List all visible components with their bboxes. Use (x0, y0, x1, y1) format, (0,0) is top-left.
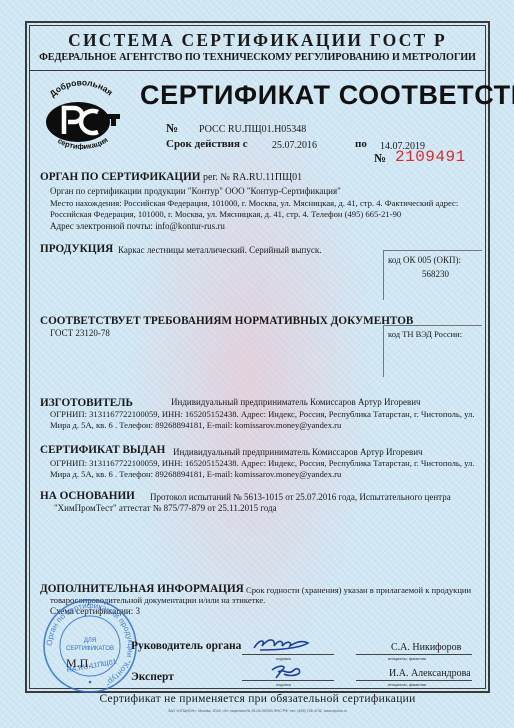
seal-stamp-icon: Орган по сертификации продукции "Контур"… (42, 598, 138, 694)
additional-info-heading: ДОПОЛНИТЕЛЬНАЯ ИНФОРМАЦИЯ (40, 583, 244, 595)
svg-text:СЕРТИФИКАТОВ: СЕРТИФИКАТОВ (66, 646, 114, 652)
system-title: СИСТЕМА СЕРТИФИКАЦИИ ГОСТ Р (29, 30, 486, 51)
certificate-title: СЕРТИФИКАТ СООТВЕТСТВИЯ (140, 80, 514, 111)
okp-code-label: код ОК 005 (ОКП): (388, 255, 461, 265)
head-name-caption: инициалы, фамилия (388, 656, 426, 661)
certification-body-heading: ОРГАН ПО СЕРТИФИКАЦИИ (40, 171, 201, 183)
expert-label: Эксперт (131, 671, 174, 683)
manufacturer-name: Индивидуальный предприниматель Комиссаро… (171, 397, 421, 408)
expert-name-caption: инициалы, фамилия (388, 682, 426, 687)
header-divider (29, 70, 486, 71)
additional-info-line-1: Срок годности (хранения) указан в прилаг… (246, 585, 471, 596)
issued-to-details-1: ОГРНИП: 3131167722100059, ИНН: 165205152… (50, 458, 474, 469)
blank-number-sign: № (374, 151, 386, 166)
manufacturer-details-2: Мира д. 5А, кв. 6 . Телефон: 89268894181… (50, 420, 341, 431)
validity-label: Срок действия с (166, 138, 248, 150)
manufacturer-details-1: ОГРНИП: 3131167722100059, ИНН: 165205152… (50, 409, 474, 420)
certification-body-name: Орган по сертификации продукции "Контур"… (50, 186, 341, 197)
issued-to-details-2: Мира д. 5А, кв. 6 . Телефон: 89268894181… (50, 469, 341, 480)
stamp-place-label: М.П. (66, 656, 91, 671)
blank-serial-number: 2109491 (395, 148, 466, 166)
svg-text:Орган по сертификации продукци: Орган по сертификации продукции "Контур" (45, 601, 135, 688)
certification-body-address-2: Российская Федерация, 101000, г. Москва,… (50, 209, 401, 220)
okp-code-value: 568230 (422, 269, 449, 279)
expert-name: И.А. Александрова (389, 668, 471, 679)
certification-body-email: Адрес электронной почты: info@kontur-rus… (50, 221, 225, 232)
head-of-body-label: Руководитель органа (131, 640, 241, 652)
head-of-body-name: С.А. Никифоров (391, 642, 461, 653)
basis-heading: НА ОСНОВАНИИ (40, 490, 135, 502)
agency-title: ФЕДЕРАЛЬНОЕ АГЕНТСТВО ПО ТЕХНИЧЕСКОМУ РЕ… (29, 52, 486, 63)
product-description: Каркас лестницы металлический. Серийный … (118, 245, 322, 256)
expert-signature-icon (268, 662, 308, 687)
registration-number: рег. № RA.RU.11ПЩ01 (203, 172, 302, 183)
voluntary-notice: Сертификат не применяется при обязательн… (29, 693, 486, 705)
printer-imprint: ЗАО «ОПЦИОН», Москва, 2016, «Б» лицензия… (29, 709, 486, 713)
normative-documents: ГОСТ 23120-78 (50, 328, 110, 338)
valid-to-label: по (355, 138, 367, 150)
svg-text:ДЛЯ: ДЛЯ (84, 638, 96, 644)
manufacturer-heading: ИЗГОТОВИТЕЛЬ (40, 397, 133, 409)
number-sign: № (166, 121, 178, 136)
head-name-line (356, 654, 472, 655)
issued-to-name: Индивидуальный предприниматель Комиссаро… (173, 447, 423, 458)
expert-name-line (356, 680, 472, 681)
basis-line-2: "ХимПромТест" аттестат № 875/77-879 от 2… (54, 503, 277, 514)
head-signature-icon (250, 634, 312, 659)
basis-line-1: Протокол испытаний № 5613-1015 от 25.07.… (150, 492, 451, 503)
tnved-code-label: код ТН ВЭД России: (388, 329, 462, 339)
compliance-heading: СООТВЕТСТВУЕТ ТРЕБОВАНИЯМ НОРМАТИВНЫХ ДО… (40, 315, 413, 327)
issued-to-heading: СЕРТИФИКАТ ВЫДАН (40, 444, 165, 456)
valid-from-date: 25.07.2016 (272, 140, 317, 151)
product-heading: ПРОДУКЦИЯ (40, 243, 113, 255)
certification-body-address-1: Место нахождения: Российская Федерация, … (50, 198, 458, 209)
certificate-number: РОСС RU.ПЩ01.Н05348 (199, 124, 306, 135)
rst-logo-icon: Добровольная сертификация (34, 80, 126, 150)
svg-text:Добровольная: Добровольная (47, 80, 114, 99)
